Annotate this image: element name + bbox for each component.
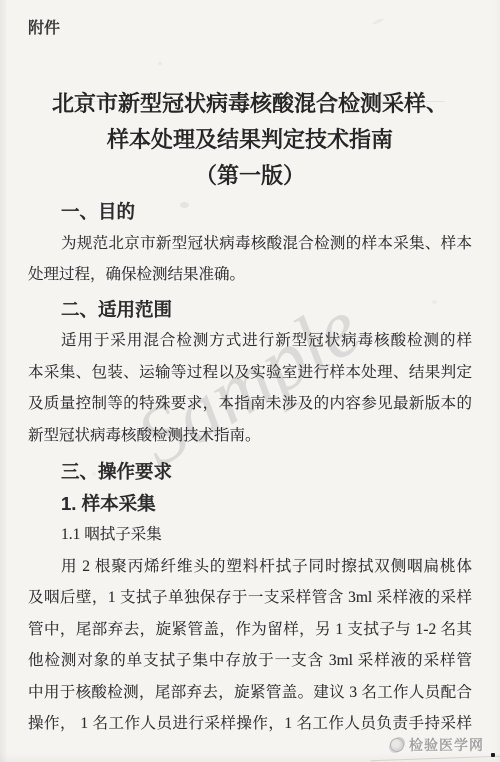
title-line-2: 样本处理及结果判定技术指南: [28, 122, 472, 158]
attachment-label: 附件: [28, 18, 472, 40]
ink-dot: [491, 753, 495, 757]
document-content: 附件 北京市新型冠状病毒核酸混合检测采样、 样本处理及结果判定技术指南 （第一版…: [0, 0, 500, 762]
scope-heading: 二、适用范围: [28, 294, 472, 326]
swab-line-4: 他检测对象的单支拭子集中存放于一支含 3ml 采样液的采样管: [28, 645, 472, 677]
site-logo: 检验医学网: [390, 735, 484, 755]
purpose-heading: 一、目的: [28, 196, 472, 228]
sun-badge-icon: [390, 738, 404, 752]
swab-line-1: 用 2 根聚丙烯纤维头的塑料杆拭子同时擦拭双侧咽扁桃体: [28, 551, 472, 583]
document-page: Sample 附件 北京市新型冠状病毒核酸混合检测采样、 样本处理及结果判定技术…: [0, 0, 500, 762]
site-logo-text: 检验医学网: [409, 735, 484, 755]
throat-swab-subheading: 1.1 咽拭子采集: [28, 519, 472, 551]
sample-collection-subheading: 1. 样本采集: [28, 488, 472, 520]
purpose-line-1: 为规范北京市新型冠状病毒核酸混合检测的样本采集、样本: [28, 228, 472, 260]
scope-line-2: 本采集、包装、运输等过程以及实验室进行样本处理、结果判定: [28, 357, 472, 389]
scope-line-1: 适用于采用混合检测方式进行新型冠状病毒核酸检测的样: [28, 325, 472, 357]
title-line-3: （第一版）: [28, 158, 472, 194]
swab-line-3: 管中，尾部弃去，旋紧管盖，作为留样，另 1 支拭子与 1-2 名其: [28, 614, 472, 646]
document-title: 北京市新型冠状病毒核酸混合检测采样、 样本处理及结果判定技术指南 （第一版）: [28, 86, 472, 194]
operation-heading: 三、操作要求: [28, 456, 472, 488]
swab-line-2: 及咽后壁，1 支拭子单独保存于一支采样管含 3ml 采样液的采样: [28, 582, 472, 614]
scope-line-4: 新型冠状病毒核酸检测技术指南。: [28, 420, 472, 452]
purpose-line-2: 处理过程，确保检测结果准确。: [28, 259, 472, 291]
title-line-1: 北京市新型冠状病毒核酸混合检测采样、: [28, 86, 472, 122]
swab-line-5: 中用于核酸检测，尾部弃去，旋紧管盖。建议 3 名工作人员配合: [28, 677, 472, 709]
scope-line-3: 及质量控制等的特殊要求，本指南未涉及的内容参见最新版本的: [28, 388, 472, 420]
